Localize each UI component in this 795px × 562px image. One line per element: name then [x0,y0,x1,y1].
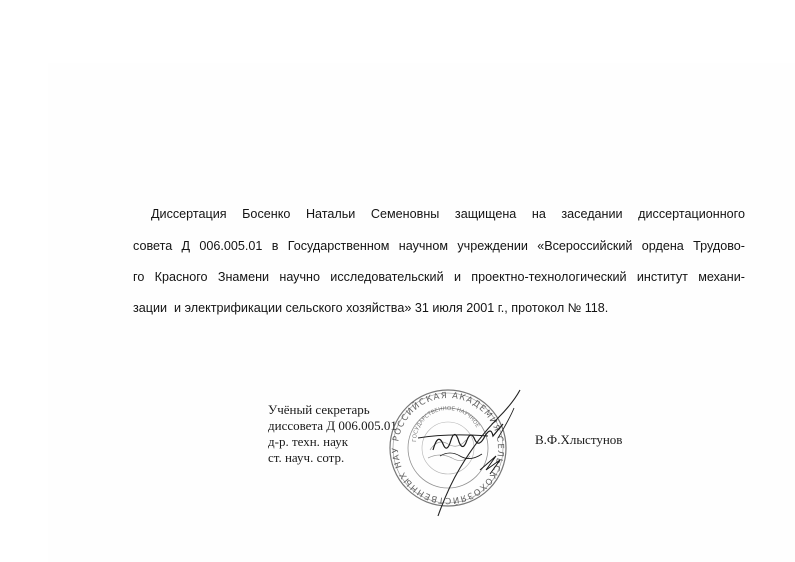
word: Диссертация [151,206,227,222]
official-seal-stamp: РОССИЙСКАЯ АКАДЕМИЯ СЕЛЬСКОХОЗЯЙСТВЕННЫХ… [378,378,538,518]
word: Трудово- [693,238,745,254]
signer-name: В.Ф.Хлыстунов [535,432,622,448]
word: го [133,269,144,285]
word: Красного [155,269,208,285]
word: «Всероссийский [537,238,632,254]
word: и [454,269,461,285]
word: ордена [642,238,684,254]
word: научном [399,238,448,254]
word: на [532,206,546,222]
word: механи- [698,269,745,285]
paragraph-line-3: го Красного Знамени научно исследователь… [133,269,745,285]
svg-text:ГОСУДАРСТВЕННОЕ НАУЧНОЕ: ГОСУДАРСТВЕННОЕ НАУЧНОЕ [412,406,480,442]
seal-and-signature-icon: РОССИЙСКАЯ АКАДЕМИЯ СЕЛЬСКОХОЗЯЙСТВЕННЫХ… [378,378,538,518]
paragraph-line-1: Диссертация Босенко Натальи Семеновны за… [151,206,745,222]
word: исследовательский [330,269,443,285]
word: институт [637,269,688,285]
word: защищена [455,206,516,222]
word: Государственном [288,238,390,254]
word: Натальи [306,206,355,222]
word: Д [182,238,191,254]
word: учреждении [457,238,528,254]
paragraph-line-2: совета Д 006.005.01 в Государственном на… [133,238,745,254]
word: Семеновны [371,206,439,222]
word: совета [133,238,172,254]
word: 006.005.01 [199,238,262,254]
word: Босенко [242,206,290,222]
word: Знамени [218,269,269,285]
word: проектно-технологический [471,269,626,285]
word: заседании [561,206,622,222]
word: в [272,238,279,254]
paragraph-line-4: зации и электрификации сельского хозяйст… [133,300,608,316]
word: диссертационного [638,206,745,222]
word: научно [279,269,320,285]
